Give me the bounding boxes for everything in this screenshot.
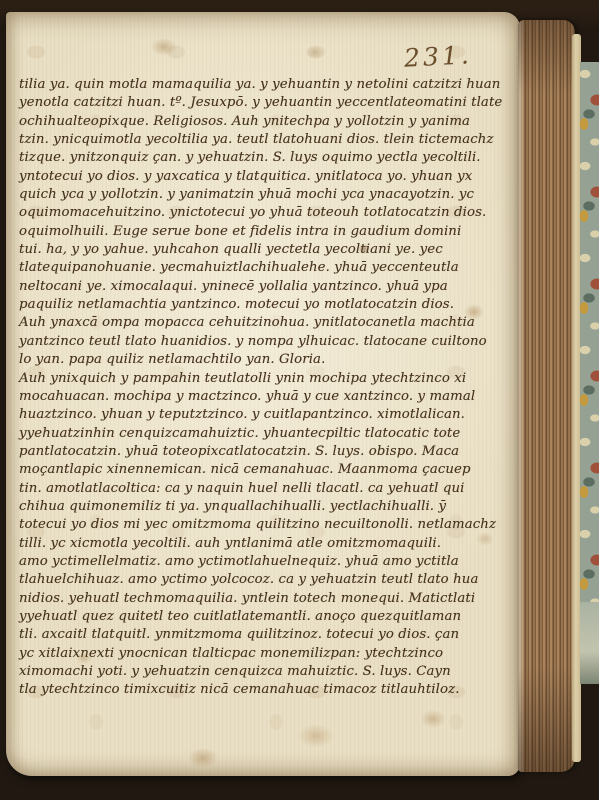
manuscript-line: yntotecui yo dios. y yaxcatica y tlatqui…	[19, 168, 519, 186]
manuscript-line: ximomachi yoti. y yehuatzin cenquizca ma…	[19, 663, 519, 681]
manuscript-line: moçantlapic xinennemican. nicā cemanahua…	[19, 461, 519, 479]
manuscript-line: yyehuatzinhin cenquizcamahuiztic. yhuant…	[19, 425, 519, 443]
photo-background: 231. tilia ya. quin motla mamaquilia ya.…	[0, 0, 599, 800]
manuscript-line: tlatequipanohuanie. yecmahuiztlachihuale…	[19, 259, 519, 277]
manuscript-line: nidios. yehuatl techmomaquilia. yntlein …	[19, 590, 519, 608]
manuscript-line: paquiliz netlamachtia yantzinco. motecui…	[19, 296, 519, 314]
foxing-stain	[188, 748, 218, 768]
manuscript-line: ochihualteopixque. Religiosos. Auh ynite…	[19, 113, 519, 131]
manuscript-line: amo yctimellelmatiz. amo yctimotlahuelne…	[19, 553, 519, 571]
manuscript-line: yyehuatl quez quitetl teo cuitlatlateman…	[19, 608, 519, 626]
marbled-endpaper-light	[580, 602, 599, 684]
manuscript-line: tla ytechtzinco timixcuitiz nicā cemanah…	[19, 681, 519, 699]
manuscript-line: yenotla catzitzi huan. tº. Jesuxpō. y ye…	[19, 94, 519, 112]
foxing-stain	[306, 46, 324, 59]
manuscript-line: quich yca y yollotzin. y yanimatzin yhuā…	[19, 186, 519, 204]
manuscript-line: Auh ynaxcā ompa mopacca cehuitzinohua. y…	[19, 314, 519, 332]
manuscript-page: 231. tilia ya. quin motla mamaquilia ya.…	[6, 12, 520, 776]
marbled-endpaper	[580, 62, 599, 602]
page-number: 231.	[403, 40, 472, 73]
manuscript-line: Auh ynixquich y pampahin teutlatolli yni…	[19, 370, 519, 388]
manuscript-line: chihua quimonemiliz ti ya. ynquallachihu…	[19, 498, 519, 516]
manuscript-line: huaztzinco. yhuan y teputztzinco. y cuit…	[19, 406, 519, 424]
manuscript-line: pantlatocatzin. yhuā toteopixcatlatocatz…	[19, 443, 519, 461]
manuscript-line: tui. ha, y yo yahue. yuhcahon qualli yec…	[19, 241, 519, 259]
manuscript-line: tilia ya. quin motla mamaquilia ya. y ye…	[19, 76, 519, 94]
manuscript-line: oquimolhuili. Euge serue bone et fidelis…	[19, 223, 519, 241]
manuscript-line: yantzinco teutl tlato huanidios. y nompa…	[19, 333, 519, 351]
manuscript-line: neltocani ye. ximocalaqui. yninecē yolla…	[19, 278, 519, 296]
manuscript-line: totecui yo dios mi yec omitzmoma quilitz…	[19, 516, 519, 534]
manuscript-line: oquimomacehuitzino. ynictotecui yo yhuā …	[19, 204, 519, 222]
manuscript-line: lo yan. papa quiliz netlamachtilo yan. G…	[19, 351, 519, 369]
book-fore-edge	[518, 20, 575, 772]
manuscript-line: yc xitlaixnexti ynocnican tlalticpac mon…	[19, 645, 519, 663]
manuscript-line: tin. amotlatlacoltica: ca y naquin huel …	[19, 480, 519, 498]
manuscript-text: tilia ya. quin motla mamaquilia ya. y ye…	[19, 76, 519, 700]
manuscript-line: tizque. ynitzonquiz çan. y yehuatzin. S.…	[19, 149, 519, 167]
manuscript-line: tilli. yc xicmotla yecoltili. auh yntlan…	[19, 535, 519, 553]
foxing-stain	[420, 710, 446, 728]
manuscript-line: tlahuelchihuaz. amo yctimo yolcocoz. ca …	[19, 571, 519, 589]
manuscript-line: tzin. ynicquimotla yecoltilia ya. teutl …	[19, 131, 519, 149]
manuscript-line: mocahuacan. mochipa y mactzinco. yhuā y …	[19, 388, 519, 406]
foxing-stain	[298, 724, 334, 748]
manuscript-line: tli. axcaitl tlatquitl. ynmitzmoma quili…	[19, 626, 519, 644]
foxing-stain	[151, 38, 177, 56]
